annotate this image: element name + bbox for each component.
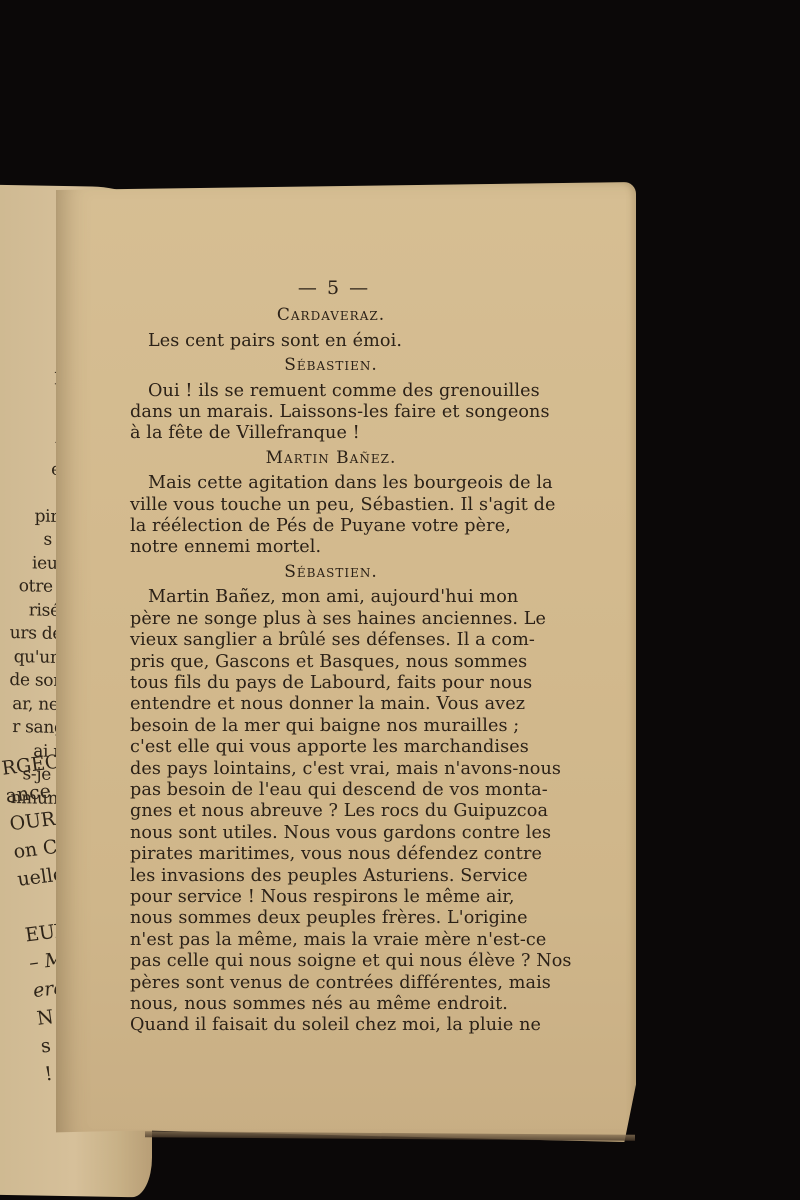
dialogue-paragraph: Oui ! ils se remuent comme des grenouill… <box>130 381 508 445</box>
text-line: pour service ! Nous respirons le même ai… <box>130 887 508 908</box>
text-line: pères sont venus de contrées différentes… <box>130 973 508 994</box>
text-line: pirates maritimes, vous nous défendez co… <box>130 844 508 865</box>
text-line: les invasions des peuples Asturiens. Ser… <box>130 866 508 887</box>
text-line: besoin de la mer qui baigne nos muraille… <box>130 716 508 737</box>
text-line: la réélection de Pés de Puyane votre pèr… <box>130 516 508 537</box>
text-line: Quand il faisait du soleil chez moi, la … <box>130 1015 508 1036</box>
speaker-name: Sébastien. <box>130 355 508 376</box>
text-line: Martin Bañez, mon ami, aujourd'hui mon <box>130 587 508 608</box>
text-line: c'est elle qui vous apporte les marchand… <box>130 737 508 758</box>
text-line: vieux sanglier a brûlé ses défenses. Il … <box>130 630 508 651</box>
dialogue-paragraph: Mais cette agitation dans les bourgeois … <box>130 473 508 559</box>
text-line: gnes et nous abreuve ? Les rocs du Guipu… <box>130 801 508 822</box>
dialogue-paragraph: Les cent pairs sont en émoi. <box>130 331 508 352</box>
page-number: — 5 — <box>130 278 508 299</box>
text-line: pas celle qui nous soigne et qui nous él… <box>130 951 508 972</box>
text-line: dans un marais. Laissons-les faire et so… <box>130 402 508 423</box>
text-line: Oui ! ils se remuent comme des grenouill… <box>130 381 508 402</box>
speaker-name: Martin Bañez. <box>130 448 508 469</box>
text-line: ville vous touche un peu, Sébastien. Il … <box>130 495 508 516</box>
text-line: Les cent pairs sont en émoi. <box>130 331 508 352</box>
text-line: à la fête de Villefranque ! <box>130 423 508 444</box>
speaker-name: Sébastien. <box>130 562 508 583</box>
text-line: n'est pas la même, mais la vraie mère n'… <box>130 930 508 951</box>
text-line: tous fils du pays de Labourd, faits pour… <box>130 673 508 694</box>
text-line: nous sommes deux peuples frères. L'origi… <box>130 908 508 929</box>
speaker-name: Cardaveraz. <box>130 305 508 326</box>
text-line: entendre et nous donner la main. Vous av… <box>130 694 508 715</box>
text-line: notre ennemi mortel. <box>130 537 508 558</box>
text-line: pris que, Gascons et Basques, nous somme… <box>130 652 508 673</box>
text-line: Mais cette agitation dans les bourgeois … <box>130 473 508 494</box>
text-line: des pays lointains, c'est vrai, mais n'a… <box>130 759 508 780</box>
photo-scene: encore. phème et de pères passe dans x o… <box>0 0 800 1200</box>
text-line: père ne songe plus à ses haines ancienne… <box>130 609 508 630</box>
dialogue-paragraph: Martin Bañez, mon ami, aujourd'hui mon p… <box>130 587 508 1037</box>
right-page-text: — 5 — Cardaveraz. Les cent pairs sont en… <box>130 278 508 1037</box>
text-line: nous, nous sommes nés au même endroit. <box>130 994 508 1015</box>
text-line: nous sont utiles. Nous vous gardons cont… <box>130 823 508 844</box>
text-line: pas besoin de l'eau qui descend de vos m… <box>130 780 508 801</box>
